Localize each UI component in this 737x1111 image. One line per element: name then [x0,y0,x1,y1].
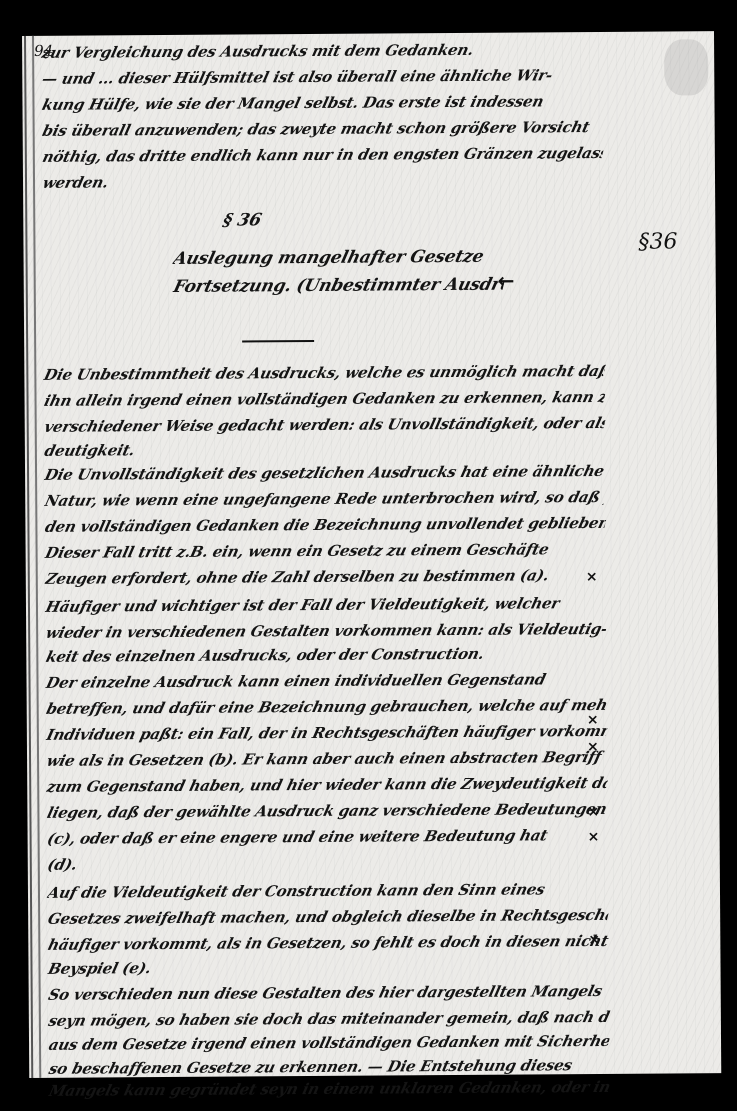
manuscript-line: Dieser Fall tritt z.B. ein, wenn ein Ges… [43,540,607,562]
margin-annotations: ×××××× [22,31,714,36]
manuscript-line: so beschaffenen Gesetze zu erkennen. — D… [47,1056,611,1078]
manuscript-line: häufiger vorkommt, als in Gesetzen, so f… [46,932,610,954]
manuscript-line: So verschieden nun diese Gestalten des h… [47,982,611,1004]
margin-cross-icon: × [588,829,600,845]
manuscript-line: bis überall anzuwenden; das zweyte macht… [40,118,604,140]
manuscript-line: wie als in Gesetzen (b). Er kann aber au… [45,748,609,770]
manuscript-line: Natur, wie wenn eine ungefangene Rede un… [43,488,607,510]
margin-cross-icon: × [587,804,599,820]
manuscript-line: seyn mögen, so haben sie doch das mitein… [47,1008,611,1030]
manuscript-body: zur Vergleichung des Ausdrucks mit dem G… [22,31,714,36]
manuscript-line: nöthig, das dritte endlich kann nur in d… [41,144,605,166]
library-stamp [664,39,708,95]
binding-edge [24,36,41,1078]
manuscript-line: Die Unvollständigkeit des gesetzlichen A… [43,462,607,484]
manuscript-line: (c), oder daß er eine engere und eine we… [45,826,609,848]
manuscript-line: verschiedener Weise gedacht werden: als … [43,414,607,436]
manuscript-line: wieder in verschiedenen Gestalten vorkom… [44,620,608,642]
margin-cross-icon: × [587,712,599,728]
manuscript-line: liegen, daß der gewählte Ausdruck ganz v… [45,800,609,822]
margin-cross-icon: × [587,739,599,755]
manuscript-line: zur Vergleichung des Ausdrucks mit dem G… [40,40,604,62]
margin-cross-icon: × [586,569,598,585]
margin-cross-icon: × [588,932,600,948]
manuscript-line: zum Gegenstand haben, und hier wieder ka… [45,774,609,796]
section-title-line2: Fortsetzung. (Unbestimmter Ausdruck) [171,275,506,297]
manuscript-line: werden. [41,170,605,192]
section-title-line1: Auslegung mangelhafter Gesetze [171,247,516,269]
manuscript-line: Der einzelne Ausdruck kann einen individ… [44,670,608,692]
manuscript-line: Die Unbestimmtheit des Ausdrucks, welche… [42,362,606,384]
manuscript-line: (d). [46,852,610,874]
margin-section-reference: §36 [638,229,677,254]
manuscript-line: Mangels kann gegründet seyn in einem unk… [47,1078,611,1100]
arrow-mark-icon: ← [498,269,515,293]
section-divider [242,340,314,343]
manuscript-line: kung Hülfe, wie sie der Mangel selbst. D… [40,92,604,114]
manuscript-page: 94 §36 § 36 Auslegung mangelhafter Geset… [22,31,721,1078]
manuscript-line: betreffen, und dafür eine Bezeichnung ge… [45,696,609,718]
manuscript-line: Zeugen erfordert, ohne die Zahl derselbe… [44,566,608,588]
manuscript-line: Auf die Vieldeutigkeit der Construction … [46,880,610,902]
manuscript-line: deutigkeit. [43,438,607,460]
manuscript-line: ihn allein irgend einen vollständigen Ge… [42,388,606,410]
manuscript-line: aus dem Gesetze irgend einen vollständig… [47,1032,611,1054]
manuscript-line: Individuen paßt: ein Fall, der in Rechts… [45,722,609,744]
manuscript-line: Gesetzes zweifelhaft machen, und obgleic… [46,906,610,928]
section-number: § 36 [221,209,426,230]
manuscript-line: keit des einzelnen Ausdrucks, oder der C… [44,644,608,666]
manuscript-line: — und ... dieser Hülfsmittel ist also üb… [40,66,604,88]
manuscript-line: den vollständigen Gedanken die Bezeichnu… [43,514,607,536]
manuscript-line: Beyspiel (e). [46,956,610,978]
manuscript-line: Häufiger und wichtiger ist der Fall der … [44,594,608,616]
